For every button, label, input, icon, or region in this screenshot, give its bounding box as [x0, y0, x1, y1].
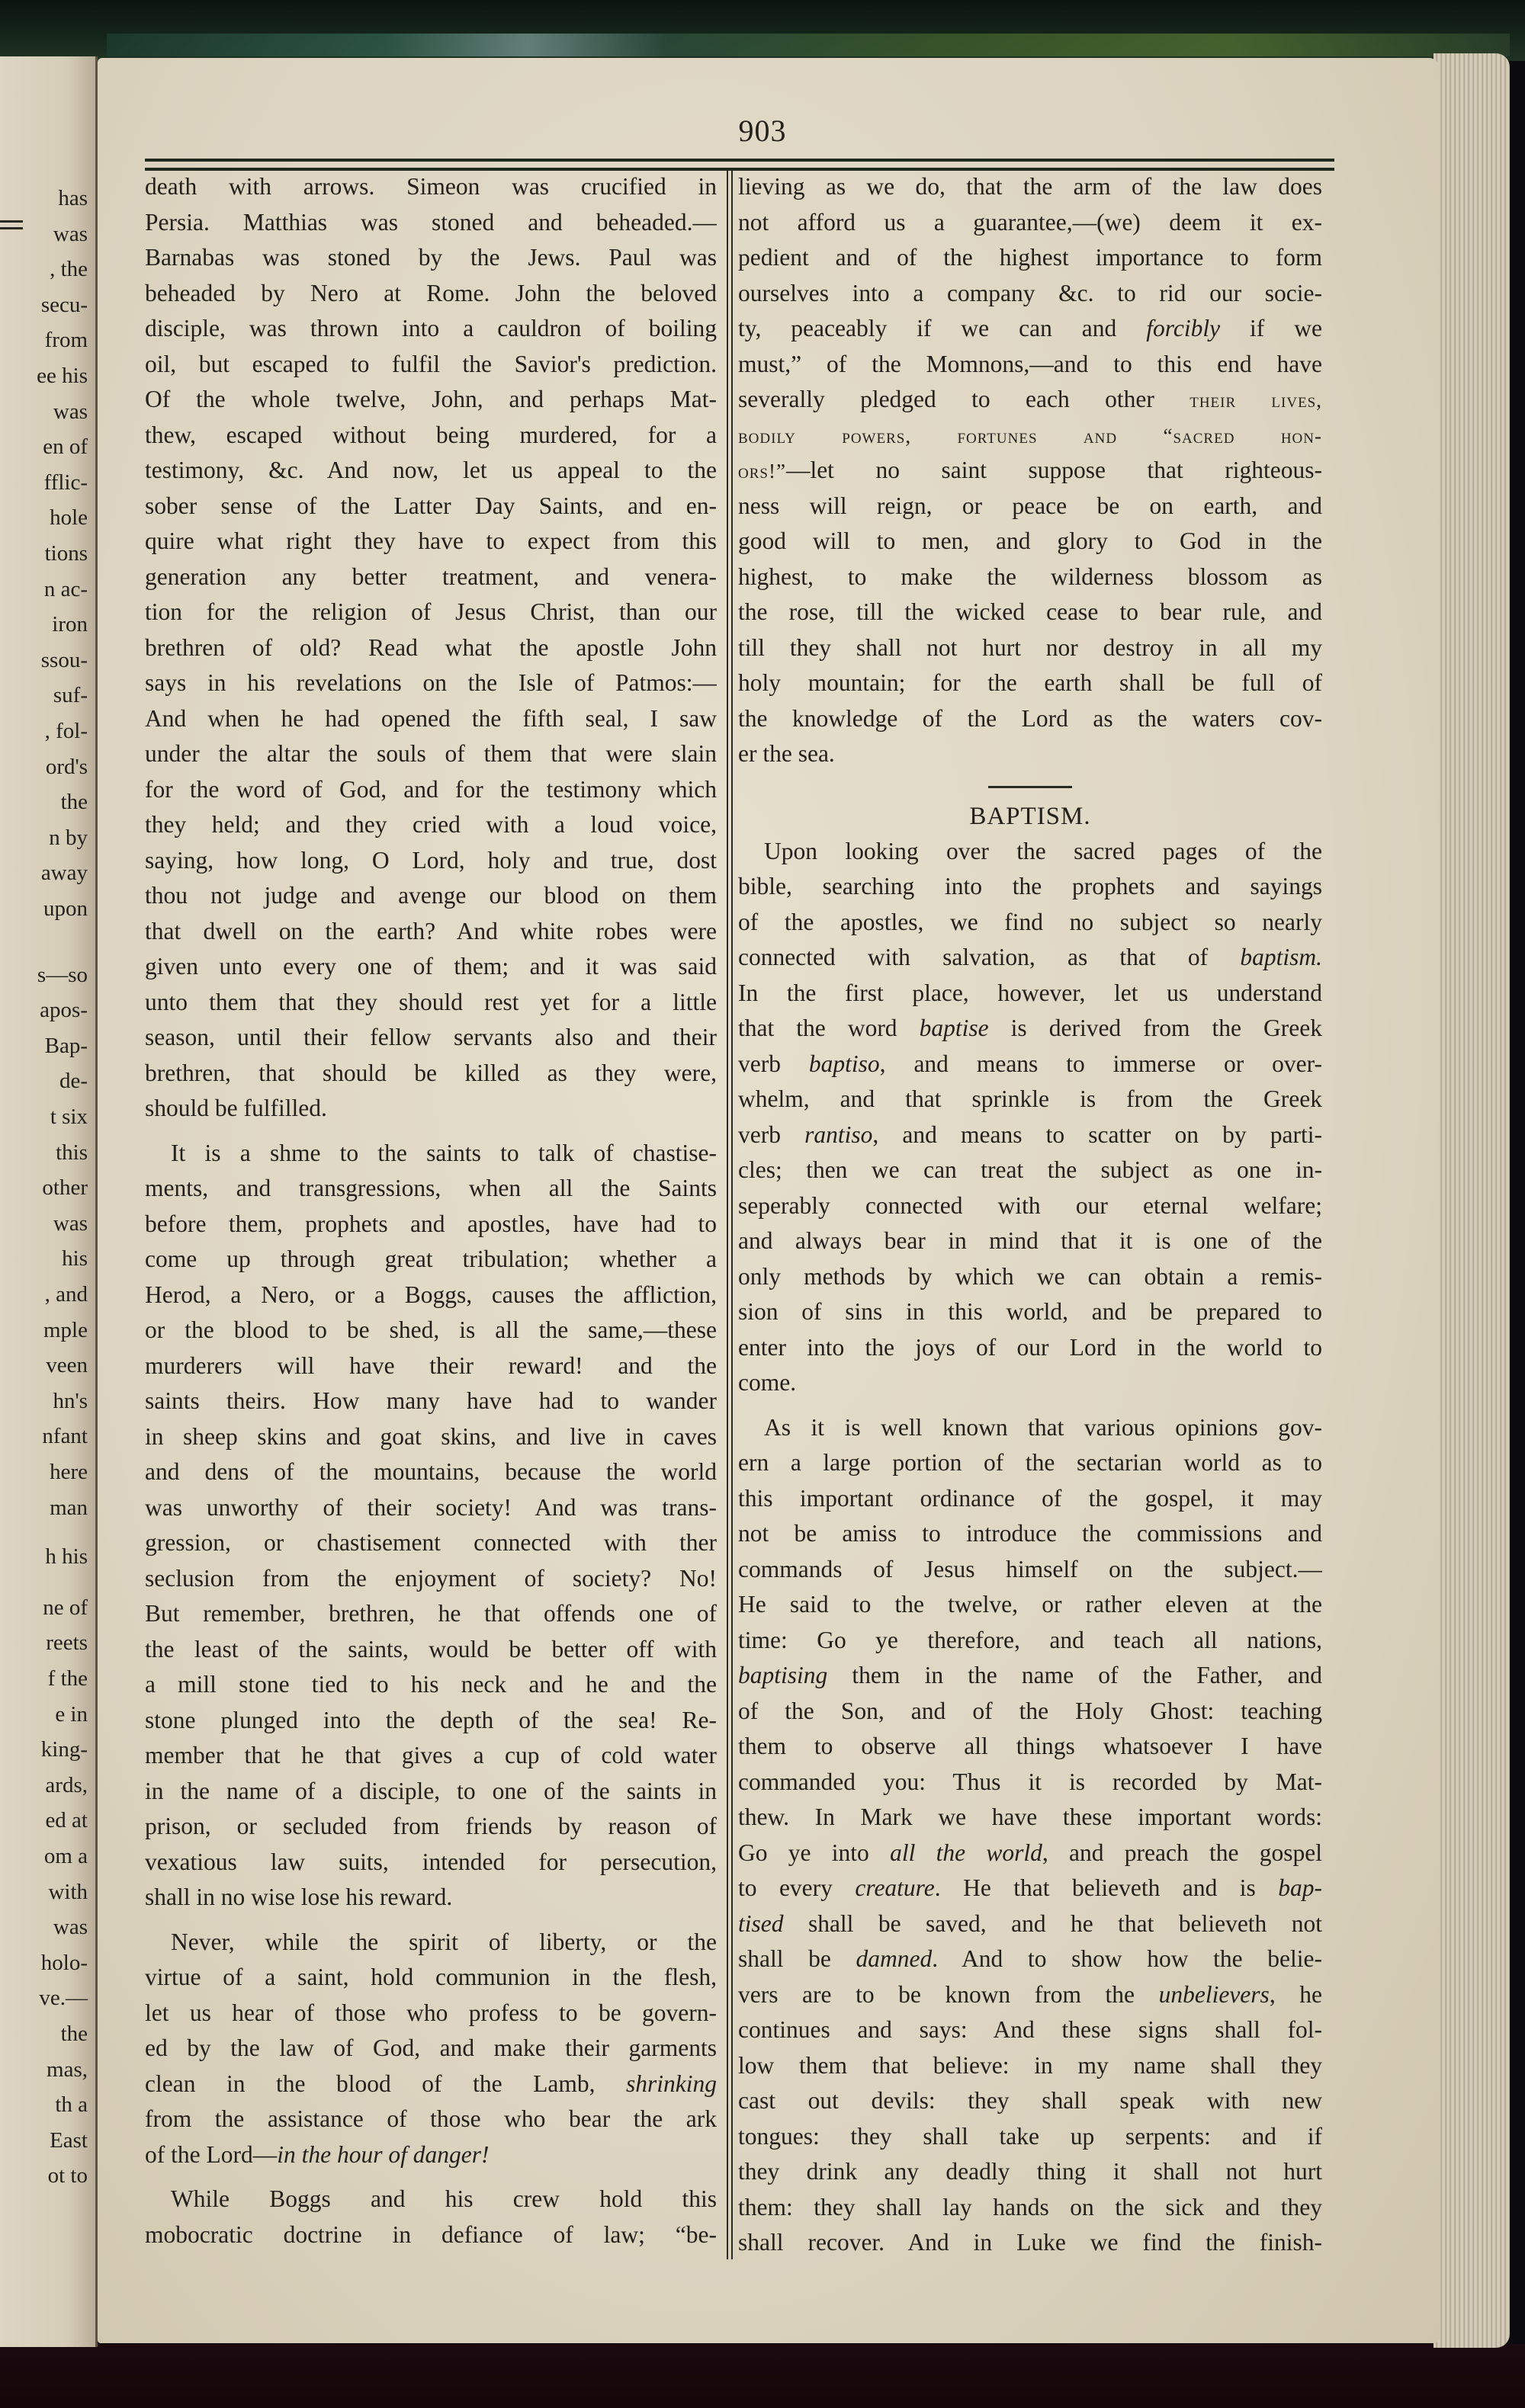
text-line: brethren, that should be killed as they … — [145, 1056, 717, 1092]
facing-page-text-fragment: en of — [4, 436, 88, 458]
facing-page-text-fragment: here — [4, 1461, 88, 1483]
text-line: baptising them in the name of the Father… — [738, 1658, 1322, 1694]
italic-text: unbelievers — [1159, 1981, 1270, 2008]
facing-page-text-fragment: mas, — [4, 2059, 88, 2081]
text-line: As it is well known that various opinion… — [738, 1410, 1322, 1446]
text-line: and dens of the mountains, because the w… — [145, 1454, 717, 1490]
facing-page-text-fragment: , and — [4, 1284, 88, 1306]
facing-page-text-fragment: , fol- — [4, 720, 88, 742]
text-line: brethren of old? Read what the apostle J… — [145, 630, 717, 666]
facing-page-text-fragment: ee his — [4, 365, 88, 387]
facing-page-text-fragment: from — [4, 329, 88, 351]
text-line: Persia. Matthias was stoned and beheaded… — [145, 205, 717, 241]
text-line: to every creature. He that believeth and… — [738, 1871, 1322, 1906]
right-column: lieving as we do, that the arm of the la… — [738, 169, 1322, 2261]
text-line: verb rantiso, and means to scatter on by… — [738, 1117, 1322, 1153]
text-line: stone plunged into the depth of the sea!… — [145, 1703, 717, 1739]
facing-page-text-fragment: apos- — [4, 999, 88, 1021]
text-line: thew, escaped without being murdered, fo… — [145, 418, 717, 454]
facing-page-text-fragment: ord's — [4, 756, 88, 778]
text-line: this important ordinance of the gospel, … — [738, 1481, 1322, 1517]
facing-page-text-fragment: secu- — [4, 294, 88, 316]
facing-page-text-fragment: ed at — [4, 1810, 88, 1832]
book-cover-bottom — [0, 2344, 1525, 2408]
facing-page-text-fragment: om a — [4, 1845, 88, 1868]
text-line: the least of the saints, would be better… — [145, 1632, 717, 1668]
text-line: holy mountain; for the earth shall be fu… — [738, 665, 1322, 701]
facing-page-text-fragment: de- — [4, 1070, 88, 1092]
paragraph: Upon looking over the sacred pages of th… — [738, 834, 1322, 1401]
text-line: Upon looking over the sacred pages of th… — [738, 834, 1322, 870]
facing-page-text-fragment: t six — [4, 1106, 88, 1128]
text-line: It is a shme to the saints to talk of ch… — [145, 1136, 717, 1172]
text-line: them to observe all things whatsoever I … — [738, 1729, 1322, 1765]
facing-page-text-fragment: ards, — [4, 1775, 88, 1797]
text-line: bodily powers, fortunes and “sacred hon- — [738, 418, 1322, 454]
facing-page-text-fragment: his — [4, 1248, 88, 1270]
text-line: tised shall be saved, and he that believ… — [738, 1906, 1322, 1942]
text-line: that dwell on the earth? And white robes… — [145, 914, 717, 950]
text-line: seperably connected with our eternal wel… — [738, 1188, 1322, 1224]
text-line: enter into the joys of our Lord in the w… — [738, 1330, 1322, 1366]
text-line: must,” of the Momnons,—and to this end h… — [738, 347, 1322, 383]
text-line: the knowledge of the Lord as the waters … — [738, 701, 1322, 737]
text-line: beheaded by Nero at Rome. John the belov… — [145, 276, 717, 312]
text-line: not afford us a guarantee,—(we) deem it … — [738, 205, 1322, 241]
text-line: was unworthy of their society! And was t… — [145, 1490, 717, 1526]
text-line: lieving as we do, that the arm of the la… — [738, 169, 1322, 205]
text-line: continues and says: And these signs shal… — [738, 2012, 1322, 2048]
text-line: He said to the twelve, or rather eleven … — [738, 1587, 1322, 1623]
facing-page-text-fragment: away — [4, 862, 88, 884]
facing-page-text-fragment: mple — [4, 1319, 88, 1342]
text-line: good will to men, and glory to God in th… — [738, 524, 1322, 560]
italic-text: baptising — [738, 1662, 827, 1688]
facing-page-text-fragment: tions — [4, 543, 88, 565]
text-line: Of the whole twelve, John, and perhaps M… — [145, 382, 717, 418]
text-line: under the altar the souls of them that w… — [145, 736, 717, 772]
facing-page-text-fragment: was — [4, 1916, 88, 1938]
text-line: ern a large portion of the sectarian wor… — [738, 1445, 1322, 1481]
italic-text: damned — [856, 1945, 933, 1972]
text-line: shall recover. And in Luke we find the f… — [738, 2225, 1322, 2261]
text-line: er the sea. — [738, 736, 1322, 772]
text-line: commanded you: Thus it is recorded by Ma… — [738, 1765, 1322, 1800]
text-line: gression, or chastisement connected with… — [145, 1525, 717, 1561]
italic-text: baptiso — [809, 1050, 880, 1077]
text-line: verb baptiso, and means to immerse or ov… — [738, 1047, 1322, 1082]
text-line: time: Go ye therefore, and teach all nat… — [738, 1623, 1322, 1659]
text-line: them: they shall lay hands on the sick a… — [738, 2190, 1322, 2226]
italic-text: tised — [738, 1910, 784, 1937]
text-line: till they shall not hurt nor destroy in … — [738, 630, 1322, 666]
text-line: prison, or secluded from friends by reas… — [145, 1809, 717, 1845]
text-line: that the word baptise is derived from th… — [738, 1011, 1322, 1047]
text-line: commands of Jesus himself on the subject… — [738, 1552, 1322, 1588]
paragraph: lieving as we do, that the arm of the la… — [738, 169, 1322, 772]
text-line: Never, while the spirit of liberty, or t… — [145, 1925, 717, 1961]
text-line: of the Lord—in the hour of danger! — [145, 2137, 717, 2173]
text-line: And when he had opened the fifth seal, I… — [145, 701, 717, 737]
italic-text: bap- — [1278, 1874, 1322, 1901]
paragraph: As it is well known that various opinion… — [738, 1410, 1322, 2261]
text-line: sober sense of the Latter Day Saints, an… — [145, 489, 717, 524]
italic-text: baptise — [920, 1015, 989, 1041]
text-line: only methods by which we can obtain a re… — [738, 1259, 1322, 1295]
small-caps-text: their lives, — [1189, 389, 1322, 412]
page-number: 903 — [701, 113, 823, 149]
text-line: bible, searching into the prophets and s… — [738, 869, 1322, 905]
text-line: sion of sins in this world, and be prepa… — [738, 1294, 1322, 1330]
facing-page-text-fragment: th a — [4, 2094, 88, 2116]
text-line: cles; then we can treat the subject as o… — [738, 1153, 1322, 1188]
text-line: the rose, till the wicked cease to bear … — [738, 595, 1322, 630]
text-line: disciple, was thrown into a cauldron of … — [145, 311, 717, 347]
facing-page-text-fragment: man — [4, 1497, 88, 1519]
paragraph: While Boggs and his crew hold this moboc… — [145, 2182, 717, 2252]
facing-page-text-fragment: was — [4, 1213, 88, 1235]
facing-page-text-fragment: s—so — [4, 964, 88, 986]
text-line: come up through great tribulation; wheth… — [145, 1242, 717, 1278]
text-line: oil, but escaped to fulfil the Savior's … — [145, 347, 717, 383]
italic-text: rantiso — [804, 1121, 872, 1148]
text-line: vexatious law suits, intended for persec… — [145, 1845, 717, 1881]
text-line: testimony, &c. And now, let us appeal to… — [145, 453, 717, 489]
text-line: connected with salvation, as that of bap… — [738, 940, 1322, 976]
paragraph: Never, while the spirit of liberty, or t… — [145, 1925, 717, 2173]
facing-page: haswas, thesecu-fromee hiswasen offflic-… — [0, 56, 98, 2347]
text-line: While Boggs and his crew hold this — [145, 2182, 717, 2217]
italic-text: forcibly — [1146, 315, 1220, 341]
text-line: tion for the religion of Jesus Christ, t… — [145, 595, 717, 630]
text-line: seclusion from the enjoyment of society?… — [145, 1561, 717, 1597]
page-edges — [1433, 53, 1510, 2348]
facing-page-text-fragment: iron — [4, 614, 88, 636]
text-line: member that he that gives a cup of cold … — [145, 1738, 717, 1774]
text-line: low them that believe: in my name shall … — [738, 2048, 1322, 2084]
text-line: generation any better treatment, and ven… — [145, 560, 717, 595]
text-line: Herod, a Nero, or a Boggs, causes the af… — [145, 1278, 717, 1313]
cover-wear — [107, 34, 1510, 56]
facing-page-text-fragment: with — [4, 1881, 88, 1903]
text-line: says in his revelations on the Isle of P… — [145, 665, 717, 701]
facing-page-text-fragment: ot to — [4, 2165, 88, 2187]
facing-page-text-fragment: suf- — [4, 685, 88, 707]
facing-page-text-fragment: fflic- — [4, 472, 88, 494]
text-line: quire what right they have to expect fro… — [145, 524, 717, 560]
text-line: whelm, and that sprinkle is from the Gre… — [738, 1082, 1322, 1117]
text-line: given unto every one of them; and it was… — [145, 949, 717, 985]
text-line: clean in the blood of the Lamb, shrinkin… — [145, 2067, 717, 2102]
text-line: In the first place, however, let us unde… — [738, 976, 1322, 1012]
small-caps-text: ors!” — [738, 460, 786, 483]
text-line: in sheep skins and goat skins, and live … — [145, 1419, 717, 1455]
text-line: mobocratic doctrine in defiance of law; … — [145, 2217, 717, 2253]
left-column: death with arrows. Simeon was crucified … — [145, 169, 717, 2252]
text-line: ed by the law of God, and make their gar… — [145, 2031, 717, 2067]
text-line: unto them that they should rest yet for … — [145, 985, 717, 1021]
paragraph: It is a shme to the saints to talk of ch… — [145, 1136, 717, 1916]
text-line: ments, and transgressions, when all the … — [145, 1171, 717, 1207]
facing-page-text-fragment: holo- — [4, 1952, 88, 1974]
facing-page-text-fragment: hn's — [4, 1390, 88, 1412]
column-divider — [727, 171, 733, 2259]
text-line: a mill stone tied to his neck and he and… — [145, 1667, 717, 1703]
text-line: should be fulfilled. — [145, 1091, 717, 1127]
facing-page-text-fragment: the — [4, 791, 88, 813]
facing-page-text-fragment: ssou- — [4, 649, 88, 672]
text-line: Go ye into all the world, and preach the… — [738, 1836, 1322, 1871]
facing-page-text-fragment: n by — [4, 827, 88, 849]
text-line: shall be damned. And to show how the bel… — [738, 1941, 1322, 1977]
text-line: from the assistance of those who bear th… — [145, 2102, 717, 2137]
text-line: vers are to be known from the unbeliever… — [738, 1977, 1322, 2013]
text-line: death with arrows. Simeon was crucified … — [145, 169, 717, 205]
facing-page-text-fragment: e in — [4, 1704, 88, 1726]
facing-page-text-fragment: other — [4, 1177, 88, 1199]
text-line: virtue of a saint, hold communion in the… — [145, 1960, 717, 1996]
text-line: thew. In Mark we have these important wo… — [738, 1800, 1322, 1836]
paragraph: death with arrows. Simeon was crucified … — [145, 169, 717, 1127]
small-caps-text: bodily powers, fortunes and “sacred hon- — [738, 425, 1322, 447]
text-line: or the blood to be shed, is all the same… — [145, 1313, 717, 1348]
italic-text: shrinking — [626, 2070, 717, 2097]
facing-page-text-fragment: Bap- — [4, 1035, 88, 1057]
text-line: of the Son, and of the Holy Ghost: teach… — [738, 1694, 1322, 1730]
text-line: of the apostles, we find no subject so n… — [738, 905, 1322, 941]
text-line: in the name of a disciple, to one of the… — [145, 1774, 717, 1810]
text-line: Barnabas was stoned by the Jews. Paul wa… — [145, 240, 717, 276]
facing-page-text-fragment: East — [4, 2130, 88, 2152]
facing-page-text-fragment: reets — [4, 1632, 88, 1654]
facing-page-text-fragment: ne of — [4, 1597, 88, 1619]
text-line: cast out devils: they shall speak with n… — [738, 2083, 1322, 2119]
italic-text: all the world — [890, 1839, 1042, 1866]
facing-page-text-fragment: ve.— — [4, 1987, 88, 2009]
facing-page-text-fragment: the — [4, 2023, 88, 2045]
text-line: ness will reign, or peace be on earth, a… — [738, 489, 1322, 524]
text-line: ors!”—let no saint suppose that righteou… — [738, 453, 1322, 489]
text-line: come. — [738, 1365, 1322, 1401]
text-line: for the word of God, and for the testimo… — [145, 772, 717, 808]
text-line: pedient and of the highest importance to… — [738, 240, 1322, 276]
text-line: and always bear in mind that it is one o… — [738, 1223, 1322, 1259]
text-line: murderers will have their reward! and th… — [145, 1348, 717, 1384]
facing-page-text-fragment: n ac- — [4, 579, 88, 601]
text-line: tongues: they shall take up serpents: an… — [738, 2119, 1322, 2155]
section-divider-rule — [988, 786, 1072, 788]
text-line: But remember, brethren, he that offends … — [145, 1596, 717, 1632]
facing-page-text-fragment: was — [4, 223, 88, 245]
text-line: thou not judge and avenge our blood on t… — [145, 878, 717, 914]
facing-page-text-fragment: this — [4, 1142, 88, 1164]
text-line: let us hear of those who profess to be g… — [145, 1996, 717, 2031]
text-line: they drink any deadly thing it shall not… — [738, 2154, 1322, 2190]
text-line: season, until their fellow servants also… — [145, 1020, 717, 1056]
facing-page-text-fragment: f the — [4, 1668, 88, 1690]
facing-page-text-fragment: h his — [4, 1546, 88, 1568]
text-line: saints theirs. How many have had to wand… — [145, 1384, 717, 1419]
facing-page-text-fragment: was — [4, 401, 88, 423]
italic-text: in the hour of danger! — [277, 2141, 489, 2168]
text-line: saying, how long, O Lord, holy and true,… — [145, 843, 717, 879]
book-cover-top — [0, 0, 1525, 61]
text-line: not be amiss to introduce the commission… — [738, 1516, 1322, 1552]
text-line: before them, prophets and apostles, have… — [145, 1207, 717, 1242]
facing-page-text-fragment: has — [4, 188, 88, 210]
text-line: ourselves into a company &c. to rid our … — [738, 276, 1322, 312]
text-line: shall in no wise lose his reward. — [145, 1880, 717, 1916]
facing-page-text-fragment: , the — [4, 258, 88, 281]
text-line: ty, peaceably if we can and forcibly if … — [738, 311, 1322, 347]
text-line: highest, to make the wilderness blossom … — [738, 560, 1322, 595]
facing-page-text-fragment: veen — [4, 1355, 88, 1377]
facing-page-text-fragment: upon — [4, 898, 88, 920]
facing-page-text-fragment: hole — [4, 507, 88, 529]
section-title: BAPTISM. — [738, 799, 1322, 834]
facing-page-text-fragment: king- — [4, 1739, 88, 1761]
italic-text: creature — [855, 1874, 934, 1901]
italic-text: baptism. — [1240, 944, 1322, 970]
text-line: severally pledged to each other their li… — [738, 382, 1322, 418]
facing-page-text-fragment: nfant — [4, 1425, 88, 1448]
text-line: they held; and they cried with a loud vo… — [145, 807, 717, 843]
